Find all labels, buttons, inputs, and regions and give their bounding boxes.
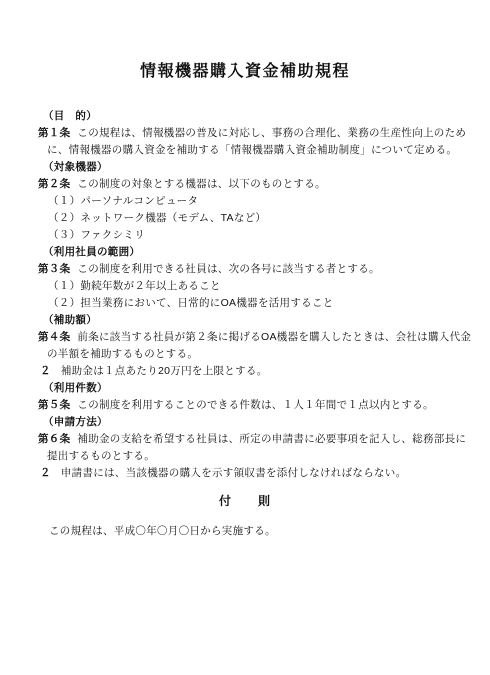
line-text: （目 的） [43, 110, 97, 122]
line-text: （１）パーソナルコンピュータ [48, 195, 198, 207]
document-line: ２申請書には、当該機器の購入を示す領収書を添付しなければならない。 [0, 465, 490, 482]
document-line: （１）パーソナルコンピュータ [0, 193, 490, 210]
line-text: （対象機器） [43, 161, 108, 173]
line-prefix: 第４条 [38, 331, 70, 343]
section-heading: （補助額） [0, 312, 490, 329]
document-page: 情報機器購入資金補助規程 （目 的）第１条この規程は、情報機器の普及に対応し、事… [0, 0, 490, 675]
line-text: （申請方法） [43, 416, 108, 428]
document-line: の半額を補助するものとする。 [0, 346, 490, 363]
document-body: （目 的）第１条この規程は、情報機器の普及に対応し、事務の合理化、業務の生産性向… [0, 108, 490, 540]
document-line: 第６条補助金の支給を希望する社員は、所定の申請書に必要事項を記入し、総務部長に [0, 431, 490, 448]
document-line: 第２条この制度の対象とする機器は、以下のものとする。 [0, 176, 490, 193]
document-line: ２補助金は１点あたり20万円を上限とする。 [0, 363, 490, 380]
line-text: （３）ファクシミリ [48, 229, 145, 241]
line-text: （利用件数） [43, 382, 108, 394]
line-text: 申請書には、当該機器の購入を示す領収書を添付しなければならない。 [61, 467, 407, 479]
section-heading: （申請方法） [0, 414, 490, 431]
line-text: この制度の対象とする機器は、以下のものとする。 [77, 178, 325, 190]
section-heading: （対象機器） [0, 159, 490, 176]
line-text: この規程は、平成〇年〇月〇日から実施する。 [49, 525, 276, 537]
line-text: （２）担当業務において、日常的にOA機器を活用すること [48, 297, 334, 309]
line-text: （補助額） [43, 314, 97, 326]
document-line: 第４条前条に該当する社員が第２条に掲げるOA機器を購入したときは、会社は購入代金 [0, 329, 490, 346]
appendix-heading: 付 則 [0, 493, 490, 510]
line-text: この規程は、情報機器の普及に対応し、事務の合理化、業務の生産性向上のため [77, 127, 466, 139]
line-text: （１）勤続年数が２年以上あること [48, 280, 221, 292]
line-prefix: 第６条 [38, 433, 70, 445]
line-text: この制度を利用できる社員は、次の各号に該当する者とする。 [77, 263, 379, 275]
line-prefix: ２ [40, 467, 51, 479]
line-prefix: 第５条 [38, 399, 70, 411]
line-text: 補助金の支給を希望する社員は、所定の申請書に必要事項を記入し、総務部長に [77, 433, 466, 445]
line-text: の半額を補助するものとする。 [47, 348, 198, 360]
line-text: 補助金は１点あたり20万円を上限とする。 [61, 365, 268, 377]
line-text: に、情報機器の購入資金を補助する「情報機器購入資金補助制度」について定める。 [47, 144, 457, 156]
section-heading: （目 的） [0, 108, 490, 125]
document-line: （２）担当業務において、日常的にOA機器を活用すること [0, 295, 490, 312]
line-text: 前条に該当する社員が第２条に掲げるOA機器を購入したときは、会社は購入代金 [77, 331, 471, 343]
document-line: （２）ネットワーク機器（モデム、TAなど） [0, 210, 490, 227]
line-text: 付 則 [219, 494, 271, 508]
document-title: 情報機器購入資金補助規程 [0, 0, 490, 82]
line-prefix: 第２条 [38, 178, 70, 190]
closing-line: この規程は、平成〇年〇月〇日から実施する。 [0, 523, 490, 540]
document-line: （３）ファクシミリ [0, 227, 490, 244]
line-prefix: 第１条 [38, 127, 70, 139]
line-text: この制度を利用することのできる件数は、１人１年間で１点以内とする。 [77, 399, 433, 411]
document-line: に、情報機器の購入資金を補助する「情報機器購入資金補助制度」について定める。 [0, 142, 490, 159]
document-line: 第１条この規程は、情報機器の普及に対応し、事務の合理化、業務の生産性向上のため [0, 125, 490, 142]
line-text: 提出するものとする。 [47, 450, 155, 462]
document-line: （１）勤続年数が２年以上あること [0, 278, 490, 295]
line-text: （２）ネットワーク機器（モデム、TAなど） [48, 212, 266, 224]
document-line: 第３条この制度を利用できる社員は、次の各号に該当する者とする。 [0, 261, 490, 278]
line-prefix: ２ [40, 365, 51, 377]
section-heading: （利用件数） [0, 380, 490, 397]
line-text: （利用社員の範囲） [43, 246, 140, 258]
document-line: 第５条この制度を利用することのできる件数は、１人１年間で１点以内とする。 [0, 397, 490, 414]
section-heading: （利用社員の範囲） [0, 244, 490, 261]
document-line: 提出するものとする。 [0, 448, 490, 465]
line-prefix: 第３条 [38, 263, 70, 275]
